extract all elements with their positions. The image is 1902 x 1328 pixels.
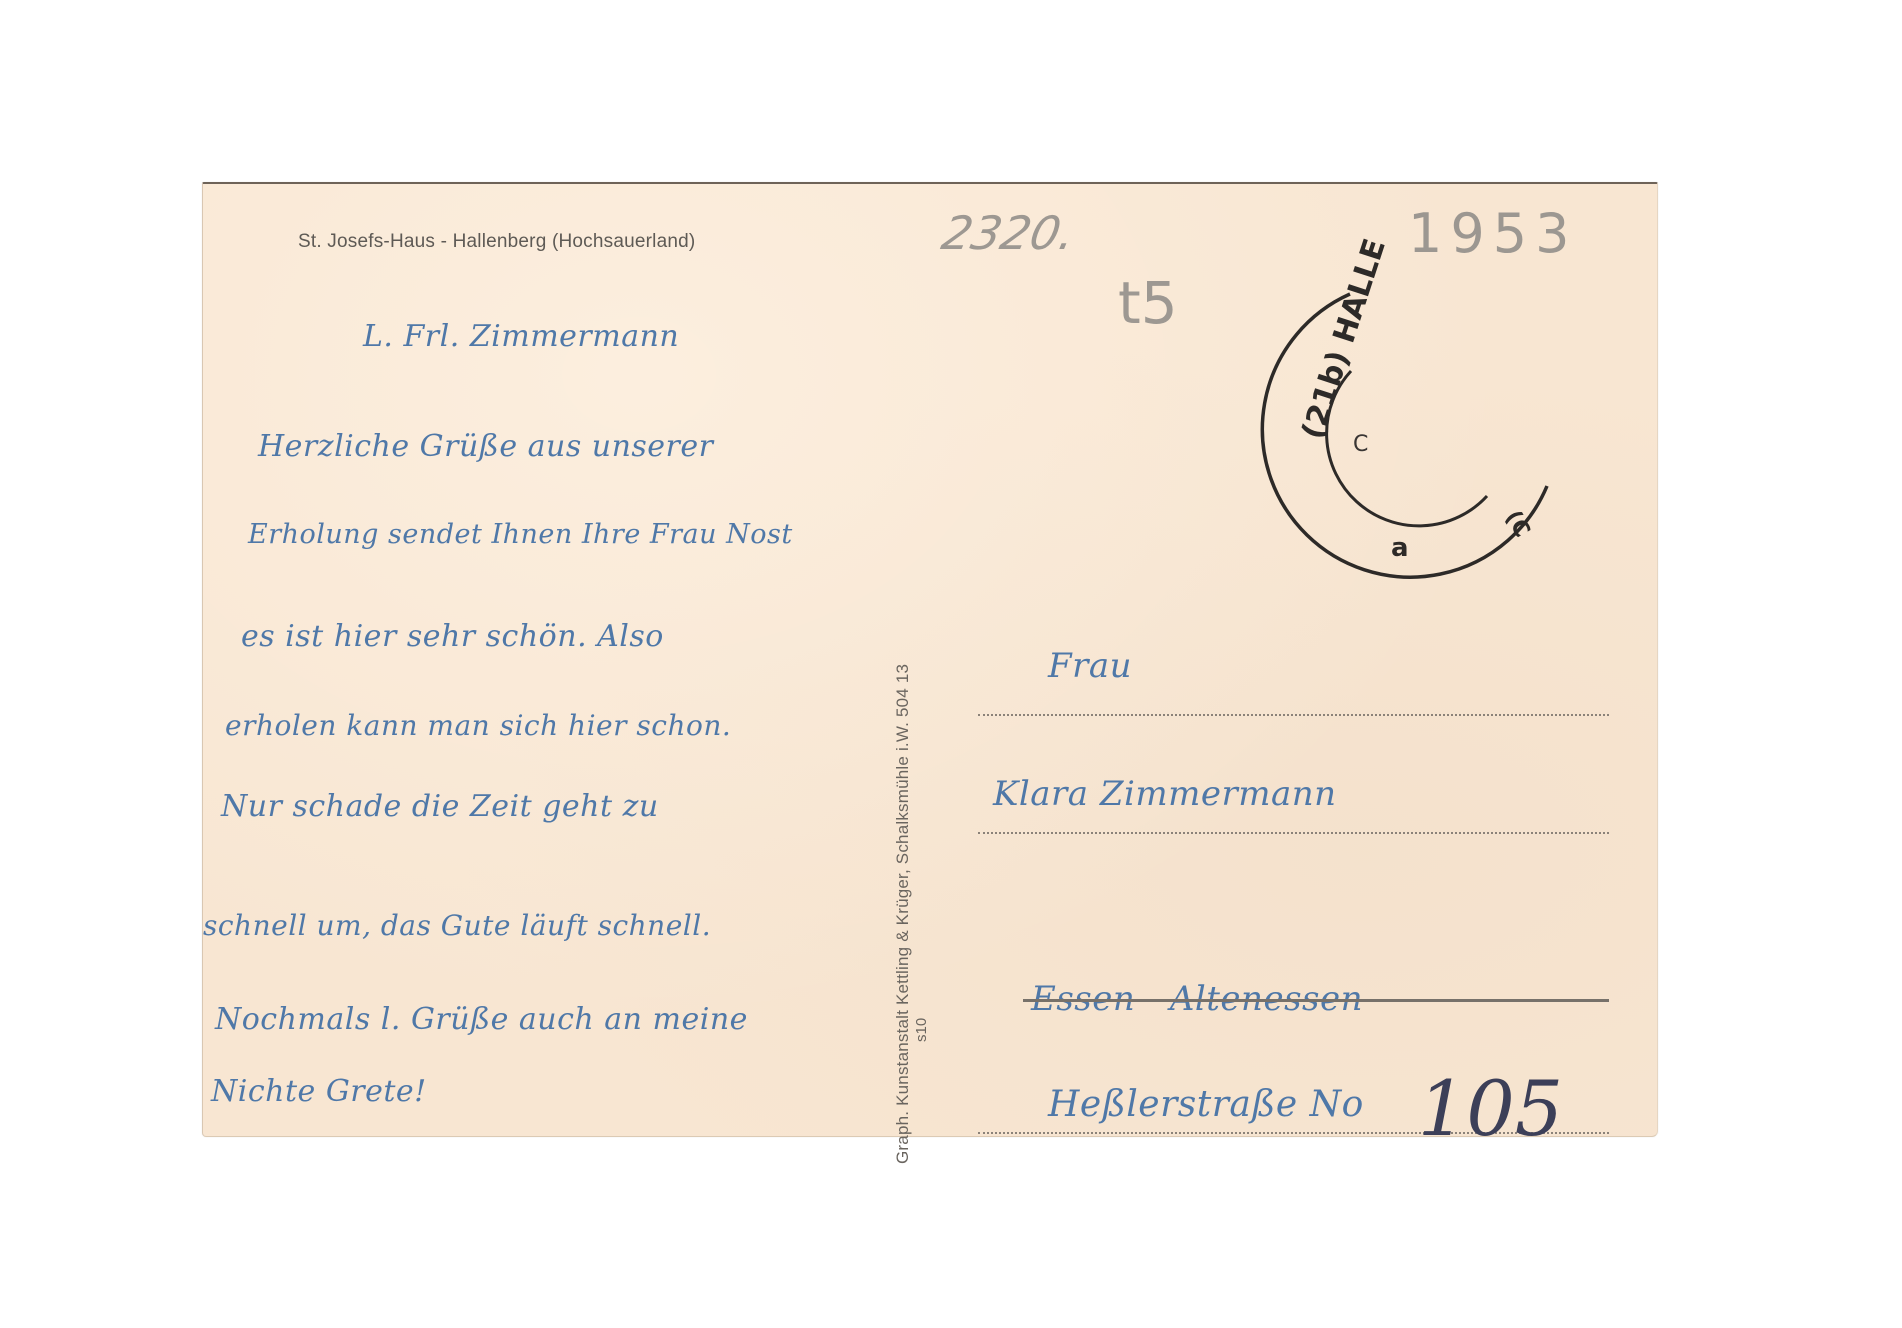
message-line: Erholung sendet Ihnen Ihre Frau Nost <box>248 519 793 550</box>
address-house-number: 105 <box>1418 1064 1563 1153</box>
svg-text:(C: (C <box>1500 507 1535 542</box>
message-line: Nochmals l. Grüße auch an meine <box>215 1002 748 1037</box>
address-line-2 <box>978 832 1609 834</box>
message-line: L. Frl. Zimmermann <box>363 319 679 354</box>
publisher-code: s10 <box>913 1018 930 1042</box>
address-salutation: Frau <box>1048 646 1132 686</box>
message-line: Herzliche Grüße aus unserer <box>258 429 714 464</box>
message-line: Nichte Grete! <box>211 1074 427 1109</box>
message-line: erholen kann man sich hier schon. <box>225 709 731 742</box>
pencil-year: 1953 <box>1408 202 1577 265</box>
postmark-letter: a <box>1391 533 1409 563</box>
address-line-3 <box>1023 999 1609 1002</box>
message-line: schnell um, das Gute läuft schnell. <box>203 909 711 942</box>
svg-text:C: C <box>1353 432 1368 457</box>
address-line-1 <box>978 714 1609 716</box>
address-street: Heßlerstraße No <box>1048 1084 1364 1125</box>
pencil-price: t5 <box>1118 269 1178 337</box>
printed-caption: St. Josefs-Haus - Hallenberg (Hochsauerl… <box>298 231 695 253</box>
postmark-icon: (21b) HALLE a (C C <box>1255 276 1575 596</box>
message-line: es ist hier sehr schön. Also <box>241 619 664 654</box>
publisher-imprint: Graph. Kunstanstalt Kettling & Krüger, S… <box>893 664 913 1164</box>
postcard: St. Josefs-Haus - Hallenberg (Hochsauerl… <box>202 182 1658 1137</box>
message-line: Nur schade die Zeit geht zu <box>221 789 659 824</box>
postmark: (21b) HALLE a (C C <box>1255 276 1575 596</box>
postmark-text: (21b) HALLE <box>1295 235 1393 444</box>
address-name: Klara Zimmermann <box>993 774 1337 814</box>
pencil-inventory-number: 2320. <box>937 206 1080 260</box>
